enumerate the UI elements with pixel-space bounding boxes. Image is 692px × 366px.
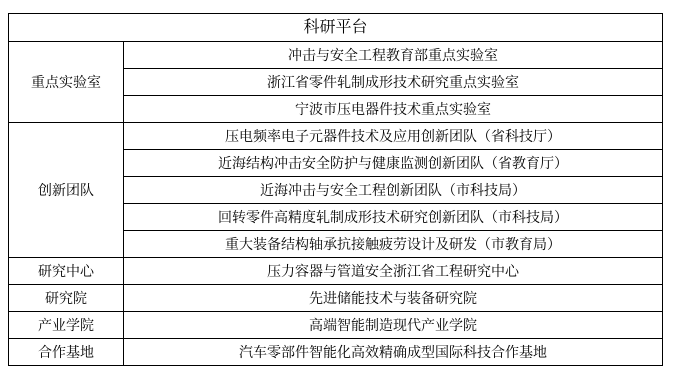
item-cell: 宁波市压电器件技术重点实验室: [124, 96, 663, 123]
category-cell-key-laboratories: 重点实验室: [9, 42, 124, 123]
category-cell-innovation-teams: 创新团队: [9, 123, 124, 258]
table-title: 科研平台: [9, 14, 663, 42]
item-cell: 汽车零部件智能化高效精确成型国际科技合作基地: [124, 339, 663, 366]
item-cell: 近海结构冲击安全防护与健康监测创新团队（省教育厅）: [124, 150, 663, 177]
table-row: 合作基地 汽车零部件智能化高效精确成型国际科技合作基地: [9, 339, 663, 366]
item-cell: 压力容器与管道安全浙江省工程研究中心: [124, 258, 663, 285]
category-cell-cooperation-base: 合作基地: [9, 339, 124, 366]
item-cell: 回转零件高精度轧制成形技术研究创新团队（市科技局）: [124, 204, 663, 231]
table-row: 研究院 先进储能技术与装备研究院: [9, 285, 663, 312]
item-cell: 压电频率电子元器件技术及应用创新团队（省科技厅）: [124, 123, 663, 150]
table-row: 研究中心 压力容器与管道安全浙江省工程研究中心: [9, 258, 663, 285]
item-cell: 先进储能技术与装备研究院: [124, 285, 663, 312]
table-header-row: 科研平台: [9, 14, 663, 42]
research-platform-table: 科研平台 重点实验室 冲击与安全工程教育部重点实验室 浙江省零件轧制成形技术研究…: [8, 13, 663, 366]
item-cell: 高端智能制造现代产业学院: [124, 312, 663, 339]
item-cell: 近海冲击与安全工程创新团队（市科技局）: [124, 177, 663, 204]
table-row: 产业学院 高端智能制造现代产业学院: [9, 312, 663, 339]
table-row: 重点实验室 冲击与安全工程教育部重点实验室: [9, 42, 663, 69]
category-cell-research-institute: 研究院: [9, 285, 124, 312]
category-cell-industry-college: 产业学院: [9, 312, 124, 339]
category-cell-research-center: 研究中心: [9, 258, 124, 285]
item-cell: 浙江省零件轧制成形技术研究重点实验室: [124, 69, 663, 96]
item-cell: 冲击与安全工程教育部重点实验室: [124, 42, 663, 69]
table-row: 创新团队 压电频率电子元器件技术及应用创新团队（省科技厅）: [9, 123, 663, 150]
item-cell: 重大装备结构轴承抗接触疲劳设计及研发（市教育局）: [124, 231, 663, 258]
